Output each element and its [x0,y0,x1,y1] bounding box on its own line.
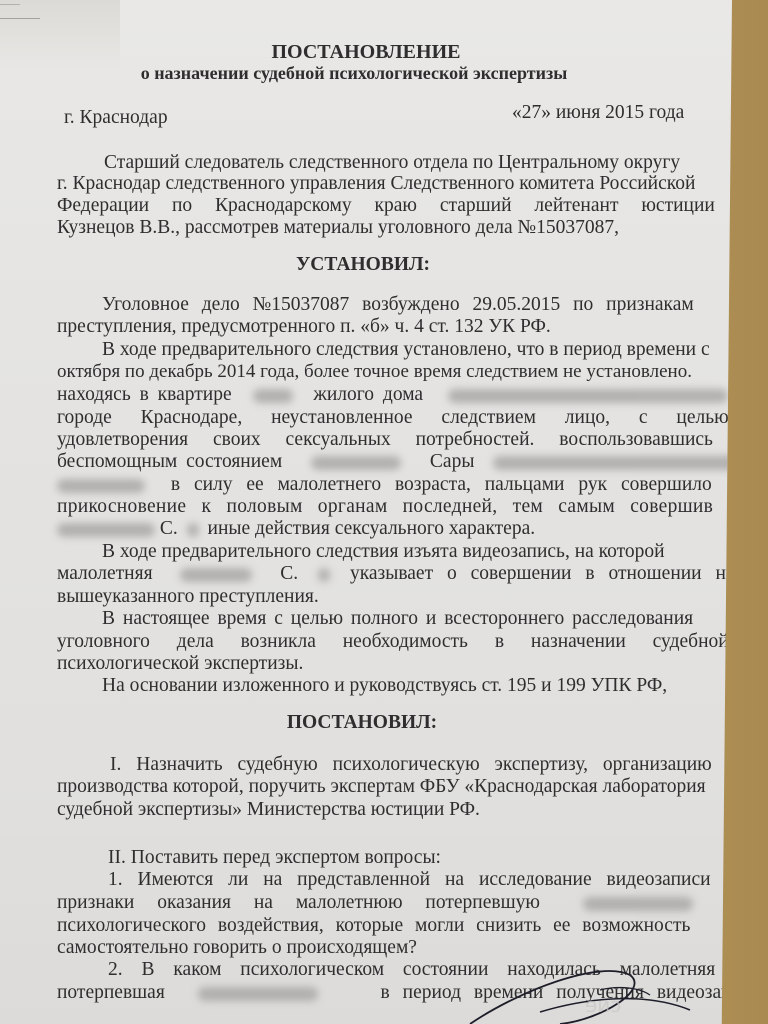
text-fragment: находясь в квартире [57,384,232,405]
body-line: С. иные действия сексуального характера. [57,519,535,539]
intro-line: Старший следователь следственного отдела… [104,153,676,173]
body-line: признаки оказания на малолетнюю потерпев… [57,893,693,913]
body-line: I. Назначить судебную психологическую эк… [110,755,712,775]
body-line: беспомощным состоянием Сары [57,452,743,472]
body-line: удовлетворения своих сексуальных потребн… [57,430,713,450]
text-fragment: потерпевшая [57,982,165,1003]
document-subtitle: о назначении судебной психологической эк… [0,64,708,82]
paper-crease [0,18,40,19]
body-line: городе Краснодаре, неустановленное следс… [57,408,729,428]
body-line: психологической экспертизы. [57,654,303,674]
redacted-text [583,897,693,911]
body-line: II. Поставить перед экспертом вопросы: [108,848,441,868]
body-line: В ходе предварительного следствия изъята… [102,542,665,562]
text-fragment: указывает о совершении в отношении нее [350,563,743,584]
document-page: ПОСТАНОВЛЕНИЕ о назначении судебной псих… [0,0,732,1024]
text-fragment: С. [280,563,298,584]
body-line: вышеуказанного преступления. [57,587,319,607]
text-fragment: С. [160,518,178,539]
body-line: В ходе предварительного следствия устано… [102,340,710,360]
redacted-text [493,456,743,470]
heading-established: УСТАНОВИЛ: [0,255,726,275]
text-fragment: малолетняя [57,563,153,584]
text-fragment: жилого дома [313,384,423,405]
body-line: 2. В каком психологическом состоянии нах… [108,960,715,980]
document-title: ПОСТАНОВЛЕНИЕ [0,42,732,62]
body-line: Уголовное дело №15037087 возбуждено 29.0… [102,295,694,315]
redacted-text [198,987,318,1001]
text-fragment: Сары [430,451,475,472]
text-fragment: в период времени получения видеозаписи, [381,982,766,1003]
intro-line: г. Краснодар следственного управления Сл… [57,174,676,194]
redacted-text [311,456,401,470]
body-line: самостоятельно говорить о происходящем? [57,938,417,958]
body-line: производства которой, поручить экспертам… [57,777,706,797]
redacted-text [318,568,330,582]
paper-crease [0,4,20,5]
intro-line: Кузнецов В.В., рассмотрев материалы угол… [57,218,619,238]
redacted-text [448,389,728,403]
body-line: судебной экспертизы» Министерства юстици… [57,800,480,820]
redacted-text [187,523,199,537]
intro-line: Федерации по Краснодарскому краю старший… [57,196,676,216]
body-line: малолетняя С. указывает о совершении в о… [57,564,743,584]
heading-resolved: ПОСТАНОВИЛ: [0,713,724,733]
body-line: 1. Имеются ли на представленной на иссле… [108,870,711,890]
body-line: находясь в квартире жилого дома [57,385,728,405]
text-fragment: беспомощным состоянием [57,451,282,472]
body-line: уголовного дела возникла необходимость в… [57,632,729,652]
body-line: в силу ее малолетнего возраста, пальцами… [57,475,712,495]
body-line: В настоящее время с целью полного и всес… [102,609,693,629]
redacted-text [253,389,293,403]
document-date: «27» июня 2015 года [512,103,684,123]
body-line: прикосновение к половым органам последне… [57,497,737,517]
text-fragment: в силу ее малолетнего возраста, пальцами… [171,474,712,495]
body-line: психологического воздействия, которые мо… [57,916,690,936]
document-city: г. Краснодар [64,108,168,128]
intro-line: Федерации по Краснодарскому краю старший… [57,196,715,216]
body-line: На основании изложенного и руководствуяс… [102,676,667,696]
redacted-text [57,523,155,537]
body-line: потерпевшая в период времени получения в… [57,983,766,1003]
text-fragment: признаки оказания на малолетнюю потерпев… [57,892,540,913]
redacted-text [180,568,252,582]
body-line: октября по декабрь 2014 года, более точн… [57,362,692,381]
redacted-text [57,479,145,493]
body-line: преступления, предусмотренного п. «б» ч.… [57,317,551,337]
text-fragment: иные действия сексуального характера. [208,518,536,539]
